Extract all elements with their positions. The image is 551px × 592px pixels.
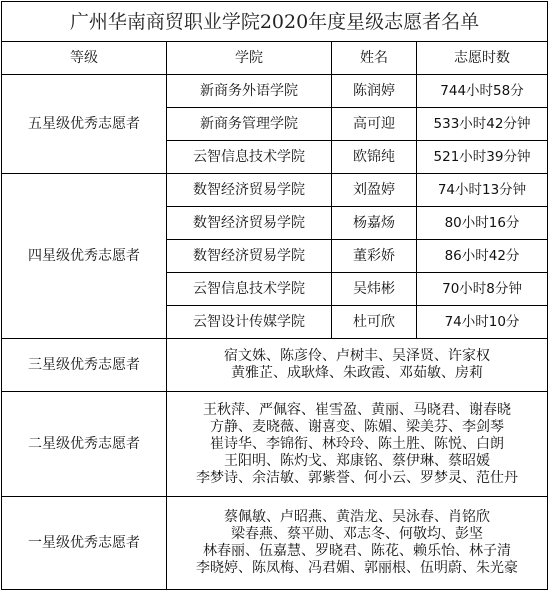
hours-cell: 521小时39分钟 [416, 140, 548, 174]
header-level: 等级 [1, 41, 167, 75]
hours-cell: 86小时42分 [416, 239, 548, 273]
names-line: 梁春燕、蔡平勋、邓志冬、何敬均、彭坚 [231, 526, 483, 543]
college-cell: 新商务外语学院 [166, 74, 332, 108]
names-line: 宿文姝、陈彦伶、卢树丰、吴泽贤、许家权 [224, 348, 490, 365]
name-cell: 高可迎 [331, 107, 417, 141]
hours-cell: 80小时16分 [416, 206, 548, 240]
college-cell: 云智信息技术学院 [166, 140, 332, 174]
college-cell: 数智经济贸易学院 [166, 239, 332, 273]
level-five-star: 五星级优秀志愿者 [1, 74, 167, 174]
header-college: 学院 [166, 41, 332, 75]
college-cell: 数智经济贸易学院 [166, 206, 332, 240]
college-cell: 数智经济贸易学院 [166, 173, 332, 207]
college-cell: 云智设计传媒学院 [166, 305, 332, 339]
names-line: 黄雅芷、成耿烽、朱政霞、邓茹敏、房莉 [231, 365, 483, 382]
level-three-star: 三星级优秀志愿者 [1, 338, 167, 392]
header-hours: 志愿时数 [416, 41, 548, 75]
hours-cell: 744小时58分 [416, 74, 548, 108]
name-cell: 刘盈婷 [331, 173, 417, 207]
header-name: 姓名 [331, 41, 417, 75]
two-star-names: 王秋萍、严佩容、崔雪盈、黄丽、马晓君、谢春晓 方静、麦晓薇、谢喜变、陈媚、梁美芬… [166, 391, 548, 497]
level-one-star: 一星级优秀志愿者 [1, 496, 167, 590]
names-line: 方静、麦晓薇、谢喜变、陈媚、梁美芬、李剑琴 [210, 419, 504, 436]
level-two-star: 二星级优秀志愿者 [1, 391, 167, 497]
names-line: 林春丽、伍嘉慧、罗晓君、陈花、赖乐怡、林子清 [203, 543, 511, 560]
names-line: 崔诗华、李锦衔、林玲玲、陈土胜、陈悦、白朗 [210, 436, 504, 453]
college-cell: 新商务管理学院 [166, 107, 332, 141]
names-line: 王阳明、陈灼戈、郑康铭、蔡伊琳、蔡昭媛 [224, 453, 490, 470]
names-line: 王秋萍、严佩容、崔雪盈、黄丽、马晓君、谢春晓 [203, 402, 511, 419]
one-star-names: 蔡佩敏、卢昭燕、黄浩龙、吴泳春、肖铭欣 梁春燕、蔡平勋、邓志冬、何敬均、彭坚 林… [166, 496, 548, 590]
name-cell: 陈润婷 [331, 74, 417, 108]
names-line: 李晓婷、陈凤梅、冯君媚、郭丽根、伍明蔚、朱光豪 [196, 560, 518, 577]
table-title: 广州华南商贸职业学院2020年度星级志愿者名单 [1, 1, 548, 42]
name-cell: 欧锦纯 [331, 140, 417, 174]
name-cell: 杨嘉炀 [331, 206, 417, 240]
hours-cell: 533小时42分钟 [416, 107, 548, 141]
hours-cell: 74小时10分 [416, 305, 548, 339]
names-line: 李梦诗、余洁敏、郭紫誉、何小云、罗梦灵、范仕丹 [196, 470, 518, 487]
name-cell: 杜可欣 [331, 305, 417, 339]
hours-cell: 70小时8分钟 [416, 272, 548, 306]
names-line: 蔡佩敏、卢昭燕、黄浩龙、吴泳春、肖铭欣 [224, 509, 490, 526]
name-cell: 董彩娇 [331, 239, 417, 273]
three-star-names: 宿文姝、陈彦伶、卢树丰、吴泽贤、许家权 黄雅芷、成耿烽、朱政霞、邓茹敏、房莉 [166, 338, 548, 392]
name-cell: 吴炜彬 [331, 272, 417, 306]
hours-cell: 74小时13分钟 [416, 173, 548, 207]
level-four-star: 四星级优秀志愿者 [1, 173, 167, 339]
college-cell: 云智信息技术学院 [166, 272, 332, 306]
